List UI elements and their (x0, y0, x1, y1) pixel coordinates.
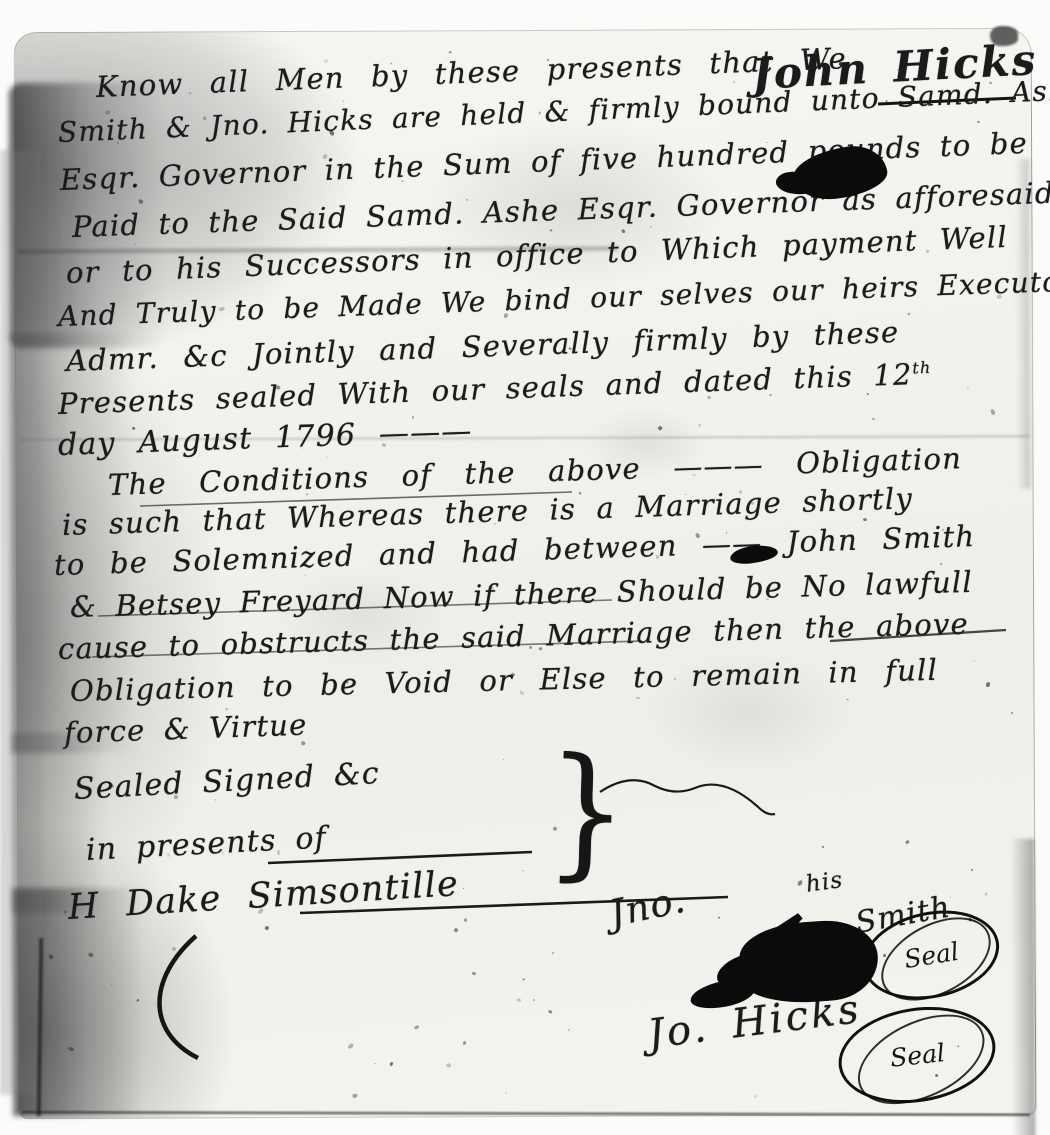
attestation-brace: } (543, 727, 631, 897)
superscript-th: th (912, 358, 932, 378)
speck (650, 226, 652, 228)
scan-edge-shadow (0, 150, 42, 1095)
speck (731, 80, 735, 84)
mark-label-his: his (804, 867, 845, 898)
seal-label: Seal (902, 936, 961, 973)
right-edge-stain (1010, 839, 1035, 1135)
seal-label: Seal (888, 1038, 946, 1073)
scanned-document-page: { "page": { "paper_color": "#f3f2ee", "i… (0, 0, 1050, 1135)
speck (698, 423, 702, 427)
speck (172, 946, 176, 950)
speck (872, 417, 875, 420)
